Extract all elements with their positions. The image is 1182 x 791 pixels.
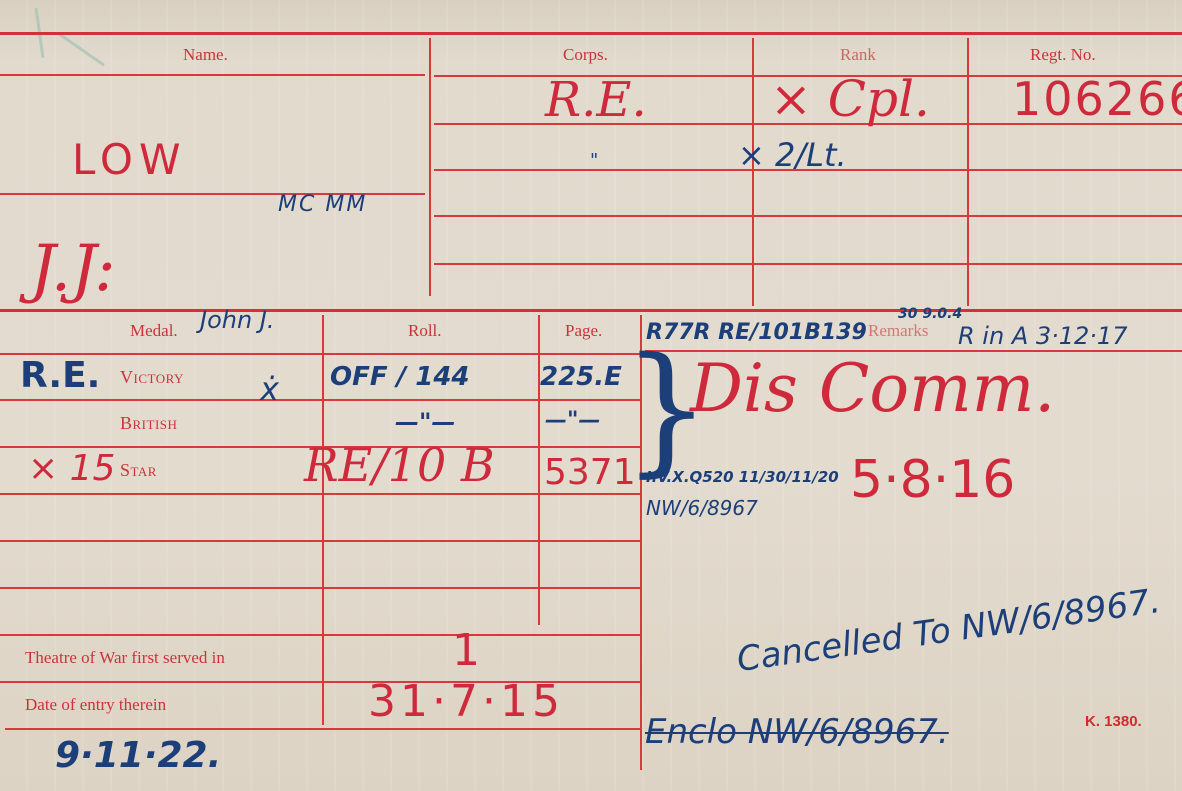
form-number: K. 1380. (1085, 713, 1142, 730)
victory-page: 225.E (540, 362, 622, 392)
medal-index-card: Name. Corps. Rank Regt. No. LOW MC MM J.… (0, 0, 1182, 791)
corps-ditto: " (590, 150, 598, 171)
top-rule (0, 32, 1182, 35)
name-label: Name. (183, 45, 228, 65)
name-column-divider (429, 38, 431, 296)
surname: LOW (72, 135, 187, 184)
rank-entry: × Cpl. (770, 70, 930, 128)
medal-row-line (5, 728, 640, 730)
corps-note: R.E. (20, 355, 100, 396)
british-page: —"— (545, 408, 600, 433)
remarks-main: Dis Comm. (690, 350, 1055, 427)
remarks-ref-line1: I.V.X.Q520 11/30/11/20 (646, 468, 839, 486)
name-header-rule (0, 74, 425, 76)
medal-row-line (0, 587, 640, 589)
corps-label: Corps. (563, 45, 608, 65)
remarks-superscript: 30 9.0.4 (898, 306, 962, 322)
medal-row-line (0, 634, 640, 636)
rank-label: Rank (840, 45, 876, 65)
victory-mark: ẋ (260, 370, 279, 408)
pencil-mark-diagonal (58, 32, 105, 66)
cancelled-note: Cancelled To NW/6/8967. (734, 581, 1162, 680)
service-row-line (434, 263, 1182, 265)
footer-date: 9·11·22. (55, 735, 221, 776)
victory-roll: OFF / 144 (330, 362, 470, 392)
forename: John J. (200, 306, 275, 334)
rank-regt-divider (967, 38, 969, 306)
page-label: Page. (565, 321, 602, 341)
remarks-label: Remarks (868, 321, 928, 341)
corps-entry: R.E. (545, 72, 647, 128)
remarks-ref-line2: NW/6/8967 (646, 496, 758, 520)
remarks-right-line: R in A 3·12·17 (958, 322, 1127, 350)
medal-row-line (0, 399, 640, 401)
medal-row-line (0, 540, 640, 542)
british-roll: —"— (395, 408, 456, 436)
regt-no-entry: 106266 (1012, 72, 1182, 126)
star-mark: × 15 (28, 448, 115, 489)
medal-british: British (120, 413, 177, 434)
star-roll: RE/10 B (304, 438, 495, 492)
regt-no-label: Regt. No. (1030, 45, 1096, 65)
remarks-top-line: R77R RE/101B139 (646, 320, 867, 345)
rank-entry-2: × 2/Lt. (738, 136, 847, 174)
remarks-date: 5·8·16 (850, 450, 1015, 510)
section-divider (0, 309, 1182, 312)
medal-roll-divider (322, 315, 324, 725)
medal-label: Medal. (130, 321, 178, 341)
awards: MC MM (278, 192, 367, 217)
medal-victory: Victory (120, 367, 184, 388)
service-row-line (434, 215, 1182, 217)
date-entry-label: Date of entry therein (25, 695, 166, 715)
date-entry-value: 31·7·15 (368, 676, 564, 727)
theatre-value: 1 (452, 625, 480, 676)
medal-row-line (0, 493, 640, 495)
struck-note: Enclo NW/6/8967. (645, 712, 949, 752)
medal-star: Star (120, 460, 157, 481)
roll-label: Roll. (408, 321, 442, 341)
theatre-label: Theatre of War first served in (25, 648, 225, 668)
initials: J.J: (30, 232, 116, 306)
